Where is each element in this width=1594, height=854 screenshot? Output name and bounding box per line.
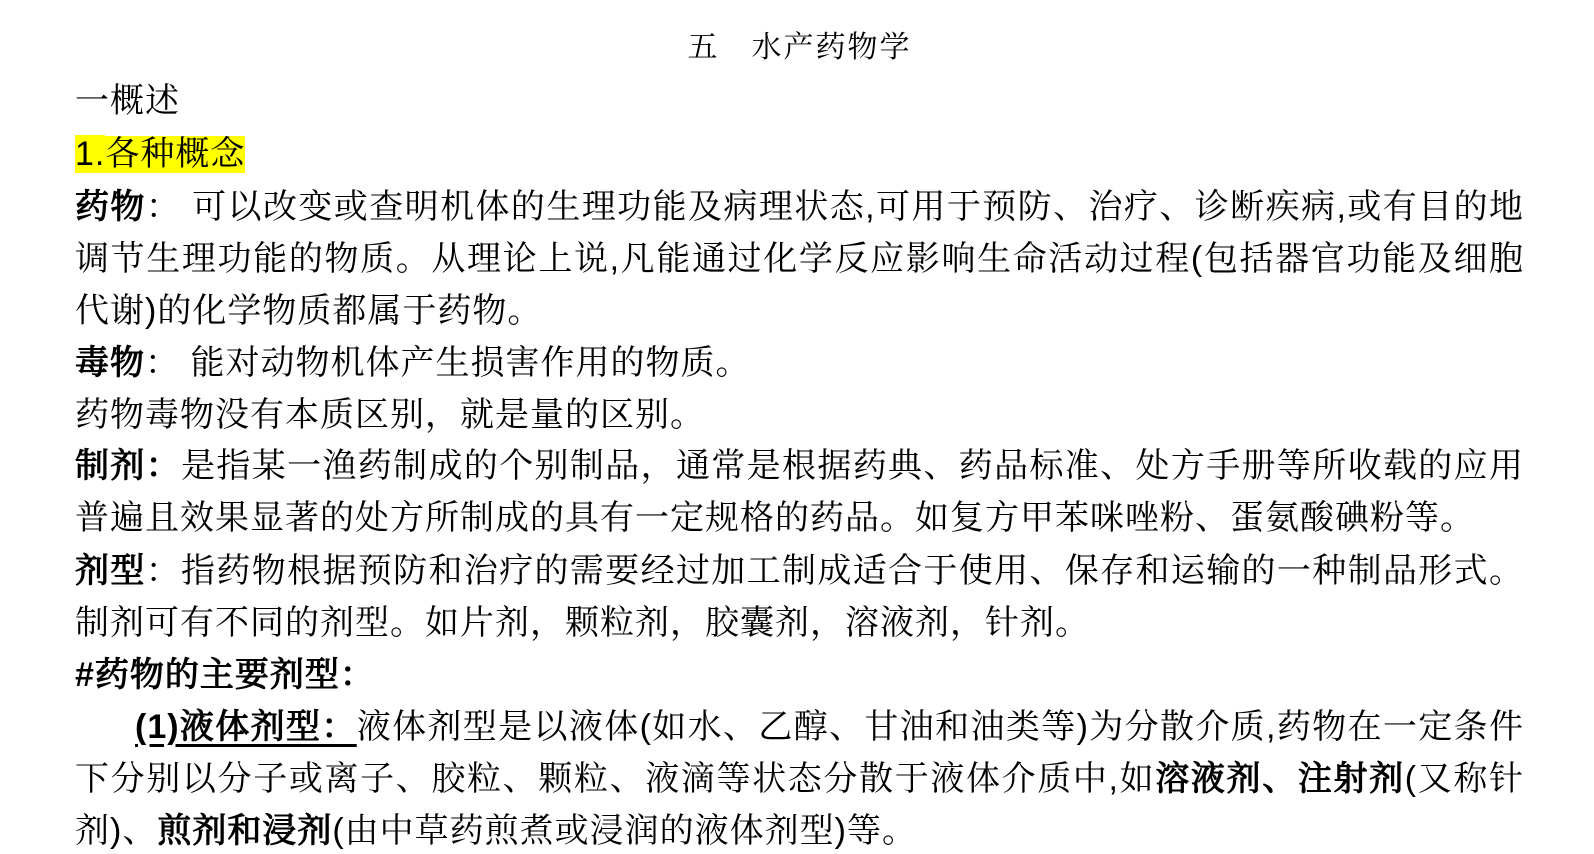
para-drug-definition: 药物： 可以改变或查明机体的生理功能及病理状态,可用于预防、治疗、诊断疾病,或有… [75, 181, 1524, 337]
text-run: (1)液体剂型： [135, 708, 357, 746]
para-dosage-form-definition: 剂型：指药物根据预防和治疗的需要经过加工制成适合于使用、保存和运输的一种制品形式… [75, 545, 1524, 649]
text-run: 煎剂和浸剂 [157, 812, 332, 850]
text-run: ：指药物根据预防和治疗的需要经过加工制成适合于使用、保存和运输的一种制品形式。制… [75, 552, 1524, 642]
text-run: #药物的主要剂型： [75, 656, 375, 694]
document-body: 五 水产药物学一概述1.各种概念药物： 可以改变或查明机体的生理功能及病理状态,… [75, 20, 1524, 854]
text-run: 各种概念 [105, 136, 245, 173]
para-poison-definition: 毒物： 能对动物机体产生损害作用的物质。 [75, 337, 1524, 389]
para-drug-poison-difference: 药物毒物没有本质区别，就是量的区别。 [75, 389, 1524, 441]
title: 五 水产药物学 [75, 20, 1524, 76]
document-page: 五 水产药物学一概述1.各种概念药物： 可以改变或查明机体的生理功能及病理状态,… [0, 0, 1594, 854]
text-run: 1. [75, 135, 105, 173]
para-liquid-dosage-form: (1)液体剂型：液体剂型是以液体(如水、乙醇、甘油和油类等)为分散介质,药物在一… [75, 701, 1524, 854]
text-run: 制剂： [75, 448, 181, 485]
text-run: (由中草药煎煮或浸润的液体剂型)等。 [332, 812, 917, 850]
text-run: ： 可以改变或查明机体的生理功能及病理状态,可用于预防、治疗、诊断疾病,或有目的… [75, 188, 1524, 330]
para-preparation-definition: 制剂：是指某一渔药制成的个别制品，通常是根据药典、药品标准、处方手册等所收载的应… [75, 441, 1524, 545]
section-heading-overview: 一概述 [75, 76, 1524, 128]
text-run: 五 水产药物学 [688, 31, 912, 64]
text-run: 一概述 [75, 83, 180, 120]
heading-main-dosage-forms: #药物的主要剂型： [75, 649, 1524, 701]
text-run: 药物毒物没有本质区别，就是量的区别。 [75, 396, 705, 434]
text-run: 剂型 [75, 552, 146, 590]
text-run: 是指某一渔药制成的个别制品，通常是根据药典、药品标准、处方手册等所收载的应用普遍… [75, 448, 1524, 537]
text-run: ： 能对动物机体产生损害作用的物质。 [145, 344, 750, 382]
highlighted-heading-concepts: 1.各种概念 [75, 128, 1524, 181]
text-run: 药物 [75, 188, 146, 226]
text-run: 毒物 [75, 344, 145, 382]
text-run: 溶液剂、注射剂 [1155, 760, 1404, 798]
